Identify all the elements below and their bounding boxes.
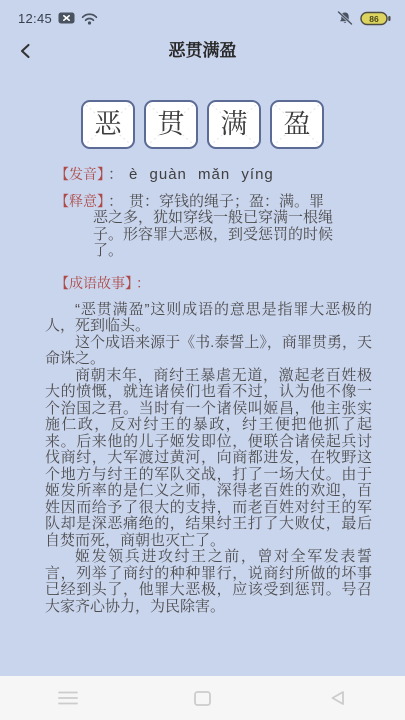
meaning-value: 贯：穿钱的绳子；盈：满。罪恶之多，犹如穿线一般已穿满一根绳子。形容罪大恶极，到受… — [93, 193, 333, 260]
pronunciation-label: 【发音】 — [55, 166, 104, 182]
nav-back-button[interactable] — [270, 676, 405, 720]
battery-percent: 86 — [369, 14, 379, 24]
story-paragraph: 商朝末年，商纣王暴虐无道，激起老百姓极大的愤慨，就连诸侯们也看不过，认为他不像一… — [45, 368, 372, 550]
pronunciation-row: 【发音】：è guàn mǎn yíng — [45, 166, 372, 184]
nav-bar — [0, 676, 405, 720]
char-card: 贯 — [144, 100, 198, 149]
app-header: 恶贯满盈 — [0, 35, 405, 69]
char-text: 贯 — [158, 111, 185, 138]
status-bar: 12:45 86 — [0, 0, 405, 29]
pronunciation-colon: ： — [108, 166, 123, 183]
home-square-icon — [194, 691, 211, 706]
word-cards: 恶 贯 满 盈 — [0, 100, 405, 149]
story-paragraph: 姬发领兵进攻纣王之前，曾对全军发表誓言，列举了商纣的种种罪行，说商纣所做的坏事已… — [45, 549, 372, 615]
story-label: 【成语故事】： — [55, 273, 372, 293]
back-button[interactable] — [13, 38, 39, 64]
story-section: 【成语故事】： “恶贯满盈”这则成语的意思是指罪大恶极的人，死到临头。 这个成语… — [45, 273, 372, 616]
battery-indicator: 86 — [360, 11, 391, 26]
meaning-label: 【释意】 — [55, 193, 104, 209]
story-colon: ： — [136, 275, 150, 291]
char-text: 满 — [221, 111, 248, 138]
story-paragraph: 这个成语来源于《书.泰誓上》，商罪贯勇，天命诛之。 — [45, 335, 372, 368]
nav-home-button[interactable] — [135, 676, 270, 720]
pronunciation-value: è guàn mǎn yíng — [129, 166, 274, 183]
clock-time: 12:45 — [18, 11, 52, 26]
nav-menu-button[interactable] — [0, 676, 135, 720]
meaning-colon: ： — [108, 193, 123, 210]
story-label-text: 【成语故事】 — [55, 275, 132, 291]
meaning-row: 【释意】：贯：穿钱的绳子；盈：满。罪恶之多，犹如穿线一般已穿满一根绳子。形容罪大… — [45, 193, 338, 260]
back-triangle-icon — [330, 690, 345, 706]
content-area: 【发音】：è guàn mǎn yíng 【释意】：贯：穿钱的绳子；盈：满。罪恶… — [0, 166, 405, 615]
char-card: 盈 — [270, 100, 324, 149]
sim-error-icon — [58, 12, 75, 24]
vibrate-mute-icon — [337, 11, 353, 25]
char-text: 盈 — [284, 111, 311, 138]
chevron-left-icon — [17, 42, 35, 60]
wifi-icon — [81, 12, 98, 25]
char-card: 恶 — [81, 100, 135, 149]
page-title: 恶贯满盈 — [0, 35, 405, 67]
char-text: 恶 — [95, 111, 122, 138]
hamburger-icon — [58, 691, 78, 705]
story-paragraph: “恶贯满盈”这则成语的意思是指罪大恶极的人，死到临头。 — [45, 302, 372, 335]
char-card: 满 — [207, 100, 261, 149]
